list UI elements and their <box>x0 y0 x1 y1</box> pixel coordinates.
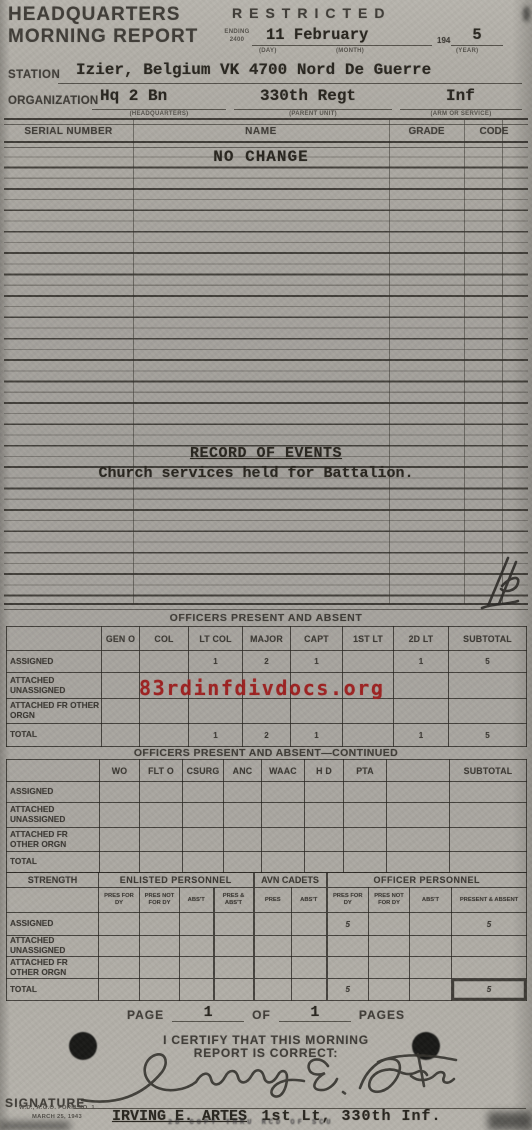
officers-cont-table-title: OFFICERS PRESENT AND ABSENT—CONTINUED <box>0 747 532 759</box>
date-value: 11 February <box>252 26 368 44</box>
table-cell: SUBTOTAL <box>450 760 527 782</box>
table-cell: PRESENT & ABSENT <box>452 888 527 913</box>
unit-caption: (HEADQUARTERS) <box>92 111 226 117</box>
table-cell: 1 <box>394 724 449 747</box>
column-rule-serial <box>133 120 134 604</box>
table-cell <box>292 957 327 979</box>
table-cell <box>305 803 344 828</box>
certify-line1: I CERTIFY THAT THIS MORNING <box>0 1033 532 1047</box>
table-cell <box>100 782 140 803</box>
table-cell <box>344 852 387 873</box>
table-cell: ATTACHED UNASSIGNED <box>7 673 102 699</box>
table-cell: 1 <box>291 724 343 747</box>
table-cell <box>452 957 527 979</box>
table-cell: 5 <box>449 651 527 673</box>
table-cell: MAJOR <box>243 627 291 651</box>
table-cell: ANC <box>224 760 262 782</box>
table-cell: TOTAL <box>7 852 100 873</box>
table-cell <box>327 957 369 979</box>
month-caption: (MONTH) <box>336 48 364 54</box>
table-cell: 1 <box>394 651 449 673</box>
group-officer: OFFICER PERSONNEL <box>327 873 527 888</box>
table-cell <box>452 936 527 957</box>
table-cell <box>183 782 224 803</box>
year-line: 5 <box>451 26 503 46</box>
strength-table: STRENGTH ENLISTED PERSONNEL AVN CADETS O… <box>6 872 527 1001</box>
table-cell <box>343 699 394 724</box>
table-cell <box>292 979 327 1001</box>
table-cell <box>99 936 140 957</box>
table-cell <box>343 724 394 747</box>
table-cell <box>327 936 369 957</box>
table-row: ASSIGNED12115 <box>7 651 527 673</box>
page-label: PAGE <box>127 1008 164 1022</box>
table-cell <box>394 673 449 699</box>
table-cell <box>369 936 410 957</box>
table-cell: ATTACHED UNASSIGNED <box>7 803 100 828</box>
officers-table-title: OFFICERS PRESENT AND ABSENT <box>0 612 532 624</box>
table-cell: WO <box>100 760 140 782</box>
table-cell <box>140 699 189 724</box>
table-cell: ATTACHED FR OTHER ORGN <box>7 828 100 852</box>
table-cell <box>183 852 224 873</box>
table-cell <box>102 724 140 747</box>
page-count-line: PAGE 1 OF 1 PAGES <box>0 1004 532 1022</box>
organization-parent-line: 330th Regt <box>234 87 392 110</box>
ending-time: 2400 <box>222 37 252 45</box>
table-row: ATTACHED FR OTHER ORGN <box>7 957 527 979</box>
table-cell <box>449 673 527 699</box>
table-cell <box>254 936 292 957</box>
table-row: ATTACHED FR OTHER ORGN <box>7 828 527 852</box>
table-cell: ABS'T <box>292 888 327 913</box>
roster-col-serial: SERIAL NUMBER <box>4 126 133 137</box>
table-cell: PRES FOR DY <box>327 888 369 913</box>
parent-caption: (PARENT UNIT) <box>234 111 392 117</box>
table-cell: 5 <box>449 724 527 747</box>
organization-label: ORGANIZATION <box>8 95 98 107</box>
table-cell <box>224 782 262 803</box>
form-title-line2: MORNING REPORT <box>8 26 198 48</box>
site-watermark: 83rdinfdivdocs.org <box>139 676 385 700</box>
table-cell <box>344 782 387 803</box>
column-rule-code <box>502 120 503 604</box>
officers-continued-table: WOFLT OCSURGANCWAACH DPTASUBTOTALASSIGNE… <box>6 759 527 873</box>
table-cell <box>140 651 189 673</box>
table-cell <box>140 852 183 873</box>
table-cell: 5 <box>452 979 527 1001</box>
organization-parent: 330th Regt <box>234 87 356 105</box>
form-title-line1: HEADQUARTERS <box>8 4 180 26</box>
record-of-events-title: RECORD OF EVENTS <box>0 445 532 462</box>
table-row: GEN OCOLLT COLMAJORCAPT1ST LT2D LTSUBTOT… <box>7 627 527 651</box>
group-avn-cadets: AVN CADETS <box>254 873 327 888</box>
table-cell: 5 <box>452 913 527 936</box>
of-label: OF <box>252 1008 271 1022</box>
group-enlisted: ENLISTED PERSONNEL <box>99 873 254 888</box>
table-cell <box>254 979 292 1001</box>
ending-word: ENDING <box>222 29 252 37</box>
table-cell <box>183 828 224 852</box>
table-row: WOFLT OCSURGANCWAACH DPTASUBTOTAL <box>7 760 527 782</box>
table-cell: PRES NOT FOR DY <box>369 888 410 913</box>
organization-arm-line: Inf <box>400 87 522 110</box>
organization-unit: Hq 2 Bn <box>92 87 167 105</box>
year-prefix: 194 <box>437 36 450 45</box>
ruled-lines <box>4 147 528 604</box>
morning-report-scan: HEADQUARTERS MORNING REPORT RESTRICTED E… <box>0 0 532 1130</box>
faint-stamp-text: 2D COPY THRU RCD OF SCU <box>168 1119 334 1127</box>
table-cell <box>410 936 452 957</box>
table-cell <box>100 852 140 873</box>
table-cell: ATTACHED UNASSIGNED <box>7 936 99 957</box>
table-cell <box>7 760 100 782</box>
table-cell: 5 <box>327 913 369 936</box>
table-row: TOTAL <box>7 852 527 873</box>
roster-col-grade: GRADE <box>389 126 464 137</box>
table-cell <box>224 828 262 852</box>
table-cell: 2 <box>243 651 291 673</box>
table-row: ATTACHED UNASSIGNED <box>7 936 527 957</box>
organization-unit-line: Hq 2 Bn <box>92 87 226 110</box>
table-cell <box>140 979 180 1001</box>
table-cell: WAAC <box>262 760 305 782</box>
table-cell: SUBTOTAL <box>449 627 527 651</box>
strength-group-header: STRENGTH ENLISTED PERSONNEL AVN CADETS O… <box>7 873 527 888</box>
table-cell <box>224 852 262 873</box>
table-cell: CAPT <box>291 627 343 651</box>
table-cell <box>394 699 449 724</box>
table-cell <box>387 760 450 782</box>
table-cell: PRES NOT FOR DY <box>140 888 180 913</box>
arm-caption: (ARM OR SERVICE) <box>400 111 522 117</box>
table-cell: PRES FOR DY <box>99 888 140 913</box>
table-cell <box>369 979 410 1001</box>
table-cell: 1 <box>291 651 343 673</box>
table-cell <box>140 936 180 957</box>
page-number: 1 <box>172 1004 244 1022</box>
table-cell <box>262 782 305 803</box>
table-cell <box>344 828 387 852</box>
table-cell <box>305 852 344 873</box>
scan-smudge-top-right <box>523 6 530 22</box>
organization-arm: Inf <box>400 87 475 105</box>
table-cell <box>100 828 140 852</box>
table-cell <box>189 699 243 724</box>
column-rule-grade <box>464 120 465 604</box>
table-cell <box>99 979 140 1001</box>
scan-smudge-bottom-left <box>0 1122 70 1130</box>
table-cell <box>140 913 180 936</box>
table-cell <box>450 782 527 803</box>
table-cell <box>410 913 452 936</box>
table-cell <box>305 782 344 803</box>
day-caption: (DAY) <box>259 48 277 54</box>
table-cell: ABS'T <box>410 888 452 913</box>
table-cell: ASSIGNED <box>7 913 99 936</box>
scan-smudge-bottom-right <box>488 1112 532 1130</box>
table-row: ASSIGNED <box>7 782 527 803</box>
pages-total: 1 <box>279 1004 351 1022</box>
table-cell <box>180 957 214 979</box>
station-line: Izier, Belgium VK 4700 Nord De Guerre <box>58 61 522 84</box>
rule-top <box>4 118 528 125</box>
table-cell <box>140 724 189 747</box>
table-cell <box>387 852 450 873</box>
table-cell <box>369 913 410 936</box>
group-strength: STRENGTH <box>7 873 99 888</box>
roster-col-name: NAME <box>133 126 389 137</box>
table-cell <box>100 803 140 828</box>
table-cell: CSURG <box>183 760 224 782</box>
table-cell: 1 <box>189 724 243 747</box>
table-cell: LT COL <box>189 627 243 651</box>
table-cell <box>102 673 140 699</box>
table-cell <box>99 957 140 979</box>
table-row: ATTACHED UNASSIGNED <box>7 803 527 828</box>
table-cell: PTA <box>344 760 387 782</box>
table-cell <box>410 957 452 979</box>
classification-stamp: RESTRICTED <box>232 5 391 21</box>
table-cell: ATTACHED FR OTHER ORGN <box>7 957 99 979</box>
table-cell: H D <box>305 760 344 782</box>
table-cell: ASSIGNED <box>7 782 100 803</box>
table-row: ATTACHED FR OTHER ORGN <box>7 699 527 724</box>
table-cell <box>214 979 254 1001</box>
table-cell: FLT O <box>140 760 183 782</box>
table-cell: COL <box>140 627 189 651</box>
table-cell: 1ST LT <box>343 627 394 651</box>
roster-entry: NO CHANGE <box>133 148 389 166</box>
table-cell <box>262 852 305 873</box>
table-row: PRES FOR DYPRES NOT FOR DYABS'TPRES & AB… <box>7 888 527 913</box>
table-row: TOTAL12115 <box>7 724 527 747</box>
table-cell: 1 <box>189 651 243 673</box>
signature-script <box>78 1046 460 1110</box>
table-cell <box>449 699 527 724</box>
year-value: 5 <box>472 26 481 44</box>
table-cell <box>102 699 140 724</box>
table-cell <box>254 957 292 979</box>
table-cell <box>214 957 254 979</box>
table-cell <box>7 627 102 651</box>
table-cell <box>369 957 410 979</box>
record-of-events-entry: Church services held for Battalion. <box>0 465 512 482</box>
table-cell: TOTAL <box>7 979 99 1001</box>
table-cell <box>140 782 183 803</box>
table-cell <box>262 828 305 852</box>
table-cell <box>214 936 254 957</box>
table-cell <box>344 803 387 828</box>
table-cell: PRES & ABS'T <box>214 888 254 913</box>
ending-label: ENDING 2400 <box>222 29 252 44</box>
table-cell <box>450 852 527 873</box>
table-cell <box>450 803 527 828</box>
table-cell <box>292 913 327 936</box>
form-number-line2: MARCH 25, 1943 <box>3 1113 111 1122</box>
table-cell: ABS'T <box>180 888 214 913</box>
column-rule-name <box>389 120 390 604</box>
table-cell <box>102 651 140 673</box>
table-cell <box>291 699 343 724</box>
table-cell <box>7 888 99 913</box>
roster-col-code: CODE <box>464 126 524 137</box>
table-cell <box>140 957 180 979</box>
table-cell: ATTACHED FR OTHER ORGN <box>7 699 102 724</box>
table-cell <box>180 913 214 936</box>
table-cell: ASSIGNED <box>7 651 102 673</box>
table-cell <box>99 913 140 936</box>
year-caption: (YEAR) <box>456 48 478 54</box>
table-cell <box>387 782 450 803</box>
table-cell <box>305 828 344 852</box>
pages-label: PAGES <box>359 1008 405 1022</box>
table-cell: GEN O <box>102 627 140 651</box>
table-cell <box>387 803 450 828</box>
table-cell <box>140 828 183 852</box>
table-cell <box>343 651 394 673</box>
station-value: Izier, Belgium VK 4700 Nord De Guerre <box>58 61 431 79</box>
date-line: 11 February <box>252 26 432 46</box>
table-cell <box>262 803 305 828</box>
handwritten-initials <box>472 552 528 610</box>
table-cell <box>214 913 254 936</box>
table-cell <box>254 913 292 936</box>
table-cell <box>183 803 224 828</box>
table-cell: 2 <box>243 724 291 747</box>
rule-officers-top <box>4 603 528 610</box>
table-cell <box>410 979 452 1001</box>
table-cell: 2D LT <box>394 627 449 651</box>
station-label: STATION <box>8 69 60 81</box>
table-cell: 5 <box>327 979 369 1001</box>
table-cell: TOTAL <box>7 724 102 747</box>
table-cell <box>180 979 214 1001</box>
table-row: ASSIGNED55 <box>7 913 527 936</box>
table-cell <box>292 936 327 957</box>
table-cell <box>140 803 183 828</box>
table-row: TOTAL55 <box>7 979 527 1001</box>
table-cell: PRES <box>254 888 292 913</box>
table-cell <box>224 803 262 828</box>
table-cell <box>387 828 450 852</box>
table-cell <box>243 699 291 724</box>
table-cell <box>180 936 214 957</box>
table-cell <box>450 828 527 852</box>
